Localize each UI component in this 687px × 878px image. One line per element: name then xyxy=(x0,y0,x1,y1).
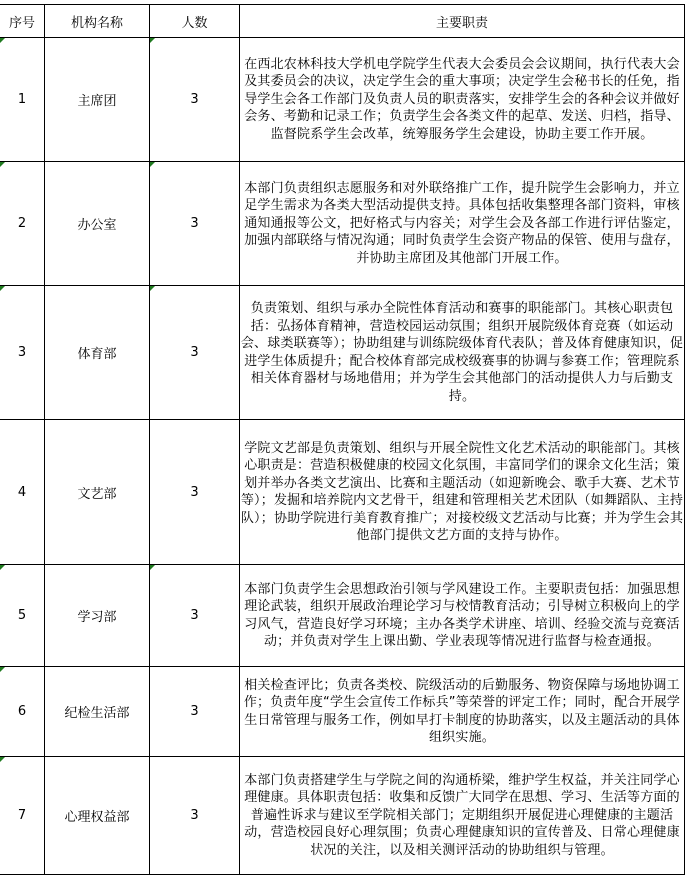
cell-count[interactable]: 3 xyxy=(150,286,240,420)
table-row: 7 心理权益部 3 本部门负责搭建学生与学院之间的沟通桥梁，维护学生权益，并关注… xyxy=(0,757,685,875)
cell-duties[interactable]: 学院文艺部是负责策划、组织与开展全院性文化艺术活动的职能部门。其核心职责是：营造… xyxy=(240,420,685,565)
cell-count[interactable]: 3 xyxy=(150,667,240,757)
cell-count[interactable]: 3 xyxy=(150,38,240,162)
cell-name[interactable]: 文艺部 xyxy=(45,420,150,565)
cell-duties[interactable]: 本部门负责学生会思想政治引领与学风建设工作。主要职责包括：加强思想理论武装，组织… xyxy=(240,565,685,667)
cell-count[interactable]: 3 xyxy=(150,565,240,667)
header-name[interactable]: 机构名称 xyxy=(45,5,150,38)
cell-duties[interactable]: 本部门负责组织志愿服务和对外联络推广工作，提升院学生会影响力，并立足学生需求为各… xyxy=(240,162,685,286)
cell-name[interactable]: 体育部 xyxy=(45,286,150,420)
cell-duties[interactable]: 在西北农林科技大学机电学院学生代表大会委员会会议期间，执行代表大会及其委员会的决… xyxy=(240,38,685,162)
table-row: 3 体育部 3 负责策划、组织与承办全院性体育活动和赛事的职能部门。其核心职责包… xyxy=(0,286,685,420)
cell-name[interactable]: 主席团 xyxy=(45,38,150,162)
cell-index[interactable]: 1 xyxy=(0,38,45,162)
table-row: 5 学习部 3 本部门负责学生会思想政治引领与学风建设工作。主要职责包括：加强思… xyxy=(0,565,685,667)
department-duties-table: 序号 机构名称 人数 主要职责 1 主席团 3 在西北农林科技大学机电学院学生代… xyxy=(0,4,685,875)
cell-name[interactable]: 办公室 xyxy=(45,162,150,286)
cell-duties[interactable]: 相关检查评比；负责各类校、院级活动的后勤服务、物资保障与场地协调工作；负责年度“… xyxy=(240,667,685,757)
table-row: 6 纪检生活部 3 相关检查评比；负责各类校、院级活动的后勤服务、物资保障与场地… xyxy=(0,667,685,757)
header-index[interactable]: 序号 xyxy=(0,5,45,38)
cell-name[interactable]: 学习部 xyxy=(45,565,150,667)
header-duties[interactable]: 主要职责 xyxy=(240,5,685,38)
cell-count[interactable]: 3 xyxy=(150,757,240,875)
cell-index[interactable]: 3 xyxy=(0,286,45,420)
cell-count[interactable]: 3 xyxy=(150,162,240,286)
cell-count[interactable]: 3 xyxy=(150,420,240,565)
cell-index[interactable]: 2 xyxy=(0,162,45,286)
cell-index[interactable]: 5 xyxy=(0,565,45,667)
table-row: 4 文艺部 3 学院文艺部是负责策划、组织与开展全院性文化艺术活动的职能部门。其… xyxy=(0,420,685,565)
cell-duties[interactable]: 本部门负责搭建学生与学院之间的沟通桥梁，维护学生权益，并关注同学心理健康。具体职… xyxy=(240,757,685,875)
cell-index[interactable]: 6 xyxy=(0,667,45,757)
cell-name[interactable]: 纪检生活部 xyxy=(45,667,150,757)
table-row: 2 办公室 3 本部门负责组织志愿服务和对外联络推广工作，提升院学生会影响力，并… xyxy=(0,162,685,286)
header-count[interactable]: 人数 xyxy=(150,5,240,38)
cell-index[interactable]: 7 xyxy=(0,757,45,875)
header-row: 序号 机构名称 人数 主要职责 xyxy=(0,5,685,38)
table-row: 1 主席团 3 在西北农林科技大学机电学院学生代表大会委员会会议期间，执行代表大… xyxy=(0,38,685,162)
cell-index[interactable]: 4 xyxy=(0,420,45,565)
cell-duties[interactable]: 负责策划、组织与承办全院性体育活动和赛事的职能部门。其核心职责包括：弘扬体育精神… xyxy=(240,286,685,420)
cell-name[interactable]: 心理权益部 xyxy=(45,757,150,875)
